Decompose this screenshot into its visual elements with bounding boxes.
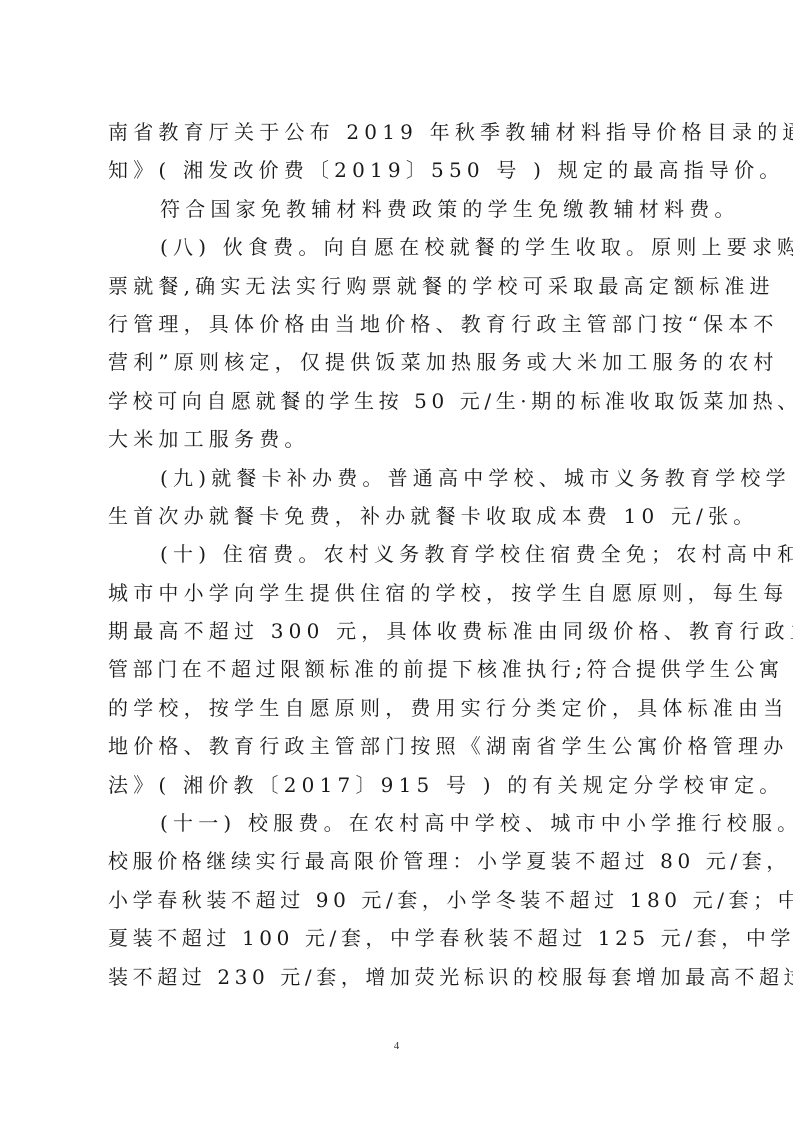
- text-line: 夏装不超过 100 元/套，中学春秋装不超过 125 元/套，中学冬: [108, 919, 688, 957]
- text-line: 符合国家免教辅材料费政策的学生免缴教辅材料费。: [108, 190, 688, 228]
- text-line: 小学春秋装不超过 90 元/套，小学冬装不超过 180 元/套；中学: [108, 881, 688, 919]
- text-line: 生首次办就餐卡免费，补办就餐卡收取成本费 10 元/张。: [108, 497, 688, 535]
- body-text: 南省教育厅关于公布 2019 年秋季教辅材料指导价格目录的通 知》( 湘发改价费…: [108, 113, 688, 996]
- text-line: 城市中小学向学生提供住宿的学校，按学生自愿原则，每生每: [108, 574, 688, 612]
- text-line: 大米加工服务费。: [108, 420, 688, 458]
- text-line: 法》( 湘价教〔2017〕915 号 ) 的有关规定分学校审定。: [108, 766, 688, 804]
- section-heading-8-line: (八) 伙食费。向自愿在校就餐的学生收取。原则上要求购: [108, 228, 688, 266]
- text-line: 行管理，具体价格由当地价格、教育行政主管部门按“保本不: [108, 305, 688, 343]
- section-heading-11-line: (十一) 校服费。在农村高中学校、城市中小学推行校服。: [108, 804, 688, 842]
- section-heading-9-line: (九)就餐卡补办费。普通高中学校、城市义务教育学校学: [108, 459, 688, 497]
- text-line: 期最高不超过 300 元，具体收费标准由同级价格、教育行政主: [108, 612, 688, 650]
- text-line: 营利”原则核定，仅提供饭菜加热服务或大米加工服务的农村: [108, 343, 688, 381]
- text-line: 票就餐,确实无法实行购票就餐的学校可采取最高定额标准进: [108, 267, 688, 305]
- text-line: 学校可向自愿就餐的学生按 50 元/生·期的标准收取饭菜加热、: [108, 382, 688, 420]
- text-line: 管部门在不超过限额标准的前提下核准执行;符合提供学生公寓: [108, 650, 688, 688]
- text-line: 校服价格继续实行最高限价管理：小学夏装不超过 80 元/套，: [108, 842, 688, 880]
- document-page: 南省教育厅关于公布 2019 年秋季教辅材料指导价格目录的通 知》( 湘发改价费…: [0, 0, 793, 1122]
- text-line: 的学校，按学生自愿原则，费用实行分类定价，具体标准由当: [108, 689, 688, 727]
- page-number: 4: [0, 1040, 793, 1052]
- text-line: 南省教育厅关于公布 2019 年秋季教辅材料指导价格目录的通: [108, 113, 688, 151]
- section-heading-10-line: (十) 住宿费。农村义务教育学校住宿费全免；农村高中和: [108, 535, 688, 573]
- text-line: 知》( 湘发改价费〔2019〕550 号 ) 规定的最高指导价。: [108, 151, 688, 189]
- text-line: 装不超过 230 元/套，增加荧光标识的校服每套增加最高不超过: [108, 958, 688, 996]
- text-line: 地价格、教育行政主管部门按照《湖南省学生公寓价格管理办: [108, 727, 688, 765]
